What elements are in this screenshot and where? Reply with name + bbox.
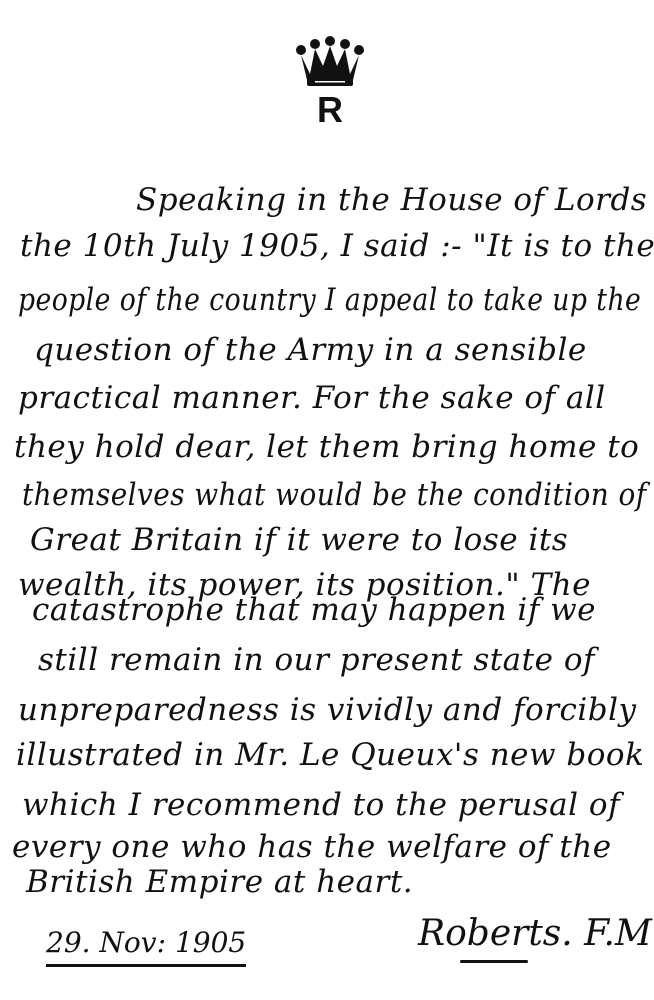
letter-line: the 10th July 1905, I said :- "It is to … bbox=[20, 226, 654, 266]
letter-line: which I recommend to the perusal of bbox=[22, 785, 620, 825]
letter-line: they hold dear, let them bring home to bbox=[14, 427, 639, 467]
handwritten-letter: Speaking in the House of Lords on the 10… bbox=[0, 0, 654, 1000]
signature-underline bbox=[460, 960, 528, 963]
letter-line: people of the country I appeal to take u… bbox=[18, 280, 641, 320]
letter-line: every one who has the welfare of the bbox=[12, 827, 612, 867]
letter-line: still remain in our present state of bbox=[38, 640, 595, 680]
letter-line: British Empire at heart. bbox=[26, 862, 413, 902]
signature: Roberts. F.M. bbox=[418, 912, 654, 956]
letter-line: Great Britain if it were to lose its bbox=[30, 520, 568, 560]
letter-line: catastrophe that may happen if we bbox=[32, 590, 596, 630]
letter-line: illustrated in Mr. Le Queux's new book bbox=[16, 735, 644, 775]
letter-line: practical manner. For the sake of all bbox=[18, 378, 606, 418]
letter-line: unpreparedness is vividly and forcibly bbox=[18, 690, 637, 730]
letter-line: question of the Army in a sensible bbox=[34, 330, 587, 370]
letter-line: Speaking in the House of Lords on bbox=[136, 180, 654, 220]
letter-line: themselves what would be the condition o… bbox=[22, 475, 647, 515]
letter-date: 29. Nov: 1905 bbox=[46, 925, 246, 967]
